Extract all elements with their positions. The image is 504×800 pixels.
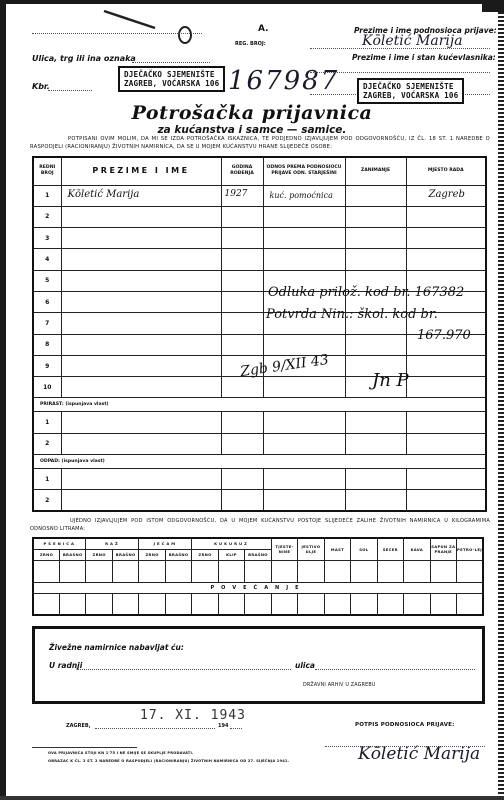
workplace-cell[interactable]: Zagreb <box>406 185 486 206</box>
year-cell[interactable] <box>221 206 263 227</box>
year-field[interactable] <box>230 728 242 729</box>
shop-street-field[interactable] <box>315 669 475 670</box>
stock-cell[interactable] <box>298 593 324 615</box>
relation-cell[interactable] <box>263 249 345 270</box>
annotation-line-2: Potvrda Nin.: škol. kod br. <box>266 307 438 322</box>
row-number: 2 <box>33 433 61 454</box>
sub-brasno: BRAŠNO <box>165 549 191 560</box>
price-note: OVA PRIJAVNICA STOJI KN 1'75 I NE SMIJE … <box>48 751 194 755</box>
prirast-row: 2 <box>33 433 486 454</box>
stock-cell[interactable] <box>139 560 165 582</box>
stock-cell[interactable] <box>86 593 112 615</box>
name-cell[interactable] <box>61 334 221 355</box>
year-cell[interactable] <box>221 270 263 291</box>
year-cell[interactable] <box>221 334 263 355</box>
stock-cell[interactable] <box>351 560 377 582</box>
scan-edge-bottom <box>0 796 504 800</box>
annotation-line-1: Odluka prilož. kod br. 167382 <box>268 285 464 300</box>
table-row: 1 Kōletić Marija 1927 kuć. pomoćnica Zag… <box>33 185 486 206</box>
stock-cell[interactable] <box>351 593 377 615</box>
relation-value: kuć. pomoćnica <box>270 191 333 200</box>
name-cell[interactable] <box>61 469 221 490</box>
stock-cell[interactable] <box>324 560 350 582</box>
col-tjestenine: TJESTE-NINE <box>271 538 297 560</box>
name-cell[interactable] <box>61 412 221 433</box>
occupation-cell[interactable] <box>345 490 406 511</box>
row-number: 10 <box>33 377 61 398</box>
house-number-field[interactable] <box>48 90 92 91</box>
name-cell[interactable] <box>61 228 221 249</box>
name-cell[interactable] <box>61 291 221 312</box>
form-title: Potrošačka prijavnica <box>0 102 504 124</box>
date-field[interactable] <box>95 728 215 729</box>
occupation-cell[interactable] <box>345 469 406 490</box>
relation-cell[interactable] <box>263 490 345 511</box>
odpad-row: 2 <box>33 490 486 511</box>
col-header-occupation: ZANIMANJE <box>345 157 406 185</box>
stock-cell[interactable] <box>404 560 430 582</box>
name-cell[interactable] <box>61 377 221 398</box>
occupation-cell[interactable] <box>345 206 406 227</box>
relation-cell[interactable] <box>263 206 345 227</box>
occupation-cell[interactable] <box>345 433 406 454</box>
prirast-row: 1 <box>33 412 486 433</box>
stock-text: UJEDNO IZJAVLJUJEM POD ISTOM ODGOVORNOŠĆ… <box>30 517 490 533</box>
row-number: 2 <box>33 206 61 227</box>
year-cell[interactable] <box>221 433 263 454</box>
occupation-cell[interactable] <box>345 228 406 249</box>
city-label: ZAGREB, <box>66 723 91 729</box>
row-number: 7 <box>33 313 61 334</box>
supply-box: Živežne namirnice nabavljat ću: U radnji… <box>32 626 485 704</box>
sub-zrno: ZRNO <box>33 549 59 560</box>
year-value: 1927 <box>225 189 248 199</box>
workplace-cell[interactable] <box>406 249 486 270</box>
stock-cell[interactable] <box>430 560 456 582</box>
workplace-cell[interactable] <box>406 490 486 511</box>
stamp-right: DJEČAČKO SJEMENIŠTE ZAGREB, VOĆARSKA 106 <box>357 78 464 104</box>
workplace-cell[interactable] <box>406 355 486 376</box>
name-cell[interactable] <box>61 490 221 511</box>
street-label-supply: ulica <box>295 661 315 670</box>
stock-cell[interactable] <box>271 593 297 615</box>
top-left-line <box>32 33 202 34</box>
increase-values-row <box>33 593 483 615</box>
sub-zrno: ZRNO <box>86 549 112 560</box>
intro-text: POTPISANI OVIM MOLIM, DA MI SE IZDA POTR… <box>30 135 490 151</box>
occupation-cell[interactable] <box>345 412 406 433</box>
year-cell[interactable] <box>221 228 263 249</box>
annotation-line-3: 167.970 <box>417 328 471 343</box>
stock-cell[interactable] <box>218 593 244 615</box>
stock-cell[interactable] <box>271 560 297 582</box>
annotation-initials: Jn P <box>372 370 409 391</box>
col-header-no: REDNI BROJ <box>33 157 61 185</box>
stock-cell[interactable] <box>59 593 85 615</box>
row-number: 4 <box>33 249 61 270</box>
name-cell[interactable] <box>61 313 221 334</box>
stock-cell[interactable] <box>245 593 271 615</box>
workplace-cell[interactable] <box>406 469 486 490</box>
stock-cell[interactable] <box>33 560 59 582</box>
note-divider <box>32 747 137 748</box>
table-row: 10 <box>33 377 486 398</box>
year-cell[interactable] <box>221 490 263 511</box>
year-cell[interactable] <box>221 249 263 270</box>
sub-zrno: ZRNO <box>192 549 218 560</box>
occupation-cell[interactable] <box>345 185 406 206</box>
workplace-cell[interactable] <box>406 412 486 433</box>
stock-cell[interactable] <box>324 593 350 615</box>
name-cell[interactable] <box>61 433 221 454</box>
odpad-row: 1 <box>33 469 486 490</box>
stock-cell[interactable] <box>377 560 403 582</box>
relation-cell[interactable] <box>263 228 345 249</box>
stock-cell[interactable] <box>377 593 403 615</box>
stock-cell[interactable] <box>218 560 244 582</box>
stock-cell[interactable] <box>86 560 112 582</box>
reg-number[interactable]: 167987 <box>228 66 339 96</box>
year-cell[interactable] <box>221 412 263 433</box>
stock-cell[interactable] <box>112 593 138 615</box>
workplace-cell[interactable] <box>406 228 486 249</box>
year-cell[interactable] <box>221 313 263 334</box>
signature-label: POTPIS PODNOSIOCA PRIJAVE: <box>355 722 455 728</box>
row-number: 1 <box>33 185 61 206</box>
stock-cell[interactable] <box>165 560 191 582</box>
stock-cell[interactable] <box>59 560 85 582</box>
row-number: 6 <box>33 291 61 312</box>
name-cell[interactable] <box>61 249 221 270</box>
povecanje-label: POVEĆANJE <box>33 582 483 593</box>
stock-cell[interactable] <box>457 593 484 615</box>
row-number: 8 <box>33 334 61 355</box>
applicant-name[interactable]: Kōletić Marija <box>362 33 463 49</box>
relation-cell[interactable] <box>263 334 345 355</box>
occupation-cell[interactable] <box>345 249 406 270</box>
stock-cell[interactable] <box>404 593 430 615</box>
col-header-year: GODINA ROĐENJA <box>221 157 263 185</box>
sub-zrno: ZRNO <box>139 549 165 560</box>
row-number: 1 <box>33 469 61 490</box>
name-cell[interactable] <box>61 206 221 227</box>
street-field[interactable] <box>132 62 210 63</box>
stock-cell[interactable] <box>139 593 165 615</box>
row-number: 1 <box>33 412 61 433</box>
name-cell[interactable]: Kōletić Marija <box>61 185 221 206</box>
form-letter: A. <box>258 24 269 34</box>
stock-cell[interactable] <box>192 593 218 615</box>
year-cell[interactable]: 1927 <box>221 185 263 206</box>
year-cell[interactable] <box>221 291 263 312</box>
food-stock-table: PŠENICA RAŽ JEČAM KUKURUZ TJESTE-NINE JE… <box>32 537 484 616</box>
name-cell[interactable] <box>61 270 221 291</box>
odpad-header-row: ODPAD: (ispunjava vlast) <box>33 455 486 469</box>
sub-brasno: BRAŠNO <box>112 549 138 560</box>
form-reference-note: OBRAZAC K ČL. 2 ST. 2 NAREDBE O RASPODJE… <box>48 759 289 763</box>
povecanje-row: POVEĆANJE <box>33 582 483 593</box>
stock-cell[interactable] <box>165 593 191 615</box>
relation-cell[interactable]: kuć. pomoćnica <box>263 185 345 206</box>
applicant-line <box>310 48 490 49</box>
group-raz: RAŽ <box>86 538 139 549</box>
stock-cell[interactable] <box>245 560 271 582</box>
stamp-left: DJEČAČKO SJEMENIŠTE ZAGREB, VOĆARSKA 106 <box>118 66 225 92</box>
table-row: 2 <box>33 206 486 227</box>
reg-broj-label: REG. BROJ: <box>235 41 266 47</box>
col-header-relation: ODNOS PREMA PODNOSIOCU PRIJAVE ODN. STAR… <box>263 157 345 185</box>
group-jecam: JEČAM <box>139 538 192 549</box>
stock-cell[interactable] <box>430 593 456 615</box>
householder-line-1 <box>310 72 490 73</box>
shop-field[interactable] <box>77 669 291 670</box>
row-number: 5 <box>33 270 61 291</box>
workplace-cell[interactable] <box>406 433 486 454</box>
relation-cell[interactable] <box>263 412 345 433</box>
street-label: Ulica, trg ili ina oznaka <box>32 54 136 63</box>
workplace-value: Zagreb <box>429 189 465 200</box>
col-header-workplace: MJESTO RADA <box>406 157 486 185</box>
row-number: 2 <box>33 490 61 511</box>
householder-label: Prezime i ime i stan kućevlasnika: <box>352 53 496 62</box>
col-sapun: SAPUN ZA PRANJE <box>430 538 456 560</box>
year-suffix: 194 <box>218 723 228 729</box>
row-number: 3 <box>33 228 61 249</box>
table-row: 4 <box>33 249 486 270</box>
col-sol: SOL <box>351 538 377 560</box>
sub-brasno: BRAŠNO <box>59 549 85 560</box>
workplace-cell[interactable] <box>406 206 486 227</box>
scan-edge-top <box>0 0 504 4</box>
table-header-row: REDNI BROJ PREZIME I IME GODINA ROĐENJA … <box>33 157 486 185</box>
sub-klip: KLIP <box>218 549 244 560</box>
stock-cell[interactable] <box>33 593 59 615</box>
prirast-header-row: PRIRAST: (ispunjava vlast) <box>33 398 486 412</box>
col-kava: KAVA <box>404 538 430 560</box>
prirast-label: PRIRAST: (ispunjava vlast) <box>33 398 486 412</box>
col-header-name: PREZIME I IME <box>61 157 221 185</box>
group-psenica: PŠENICA <box>33 538 86 549</box>
name-cell[interactable] <box>61 355 221 376</box>
name-value: Kōletić Marija <box>68 189 140 200</box>
signature-value[interactable]: Kōletić Marija <box>358 744 480 764</box>
table-row: 3 <box>33 228 486 249</box>
col-secer: ŠEĆER <box>377 538 403 560</box>
col-petrolej: PETRO-LEJ <box>457 538 484 560</box>
stock-cell[interactable] <box>457 560 484 582</box>
date-stamp: 17. XI. 1943 <box>140 708 246 723</box>
stock-group-row: PŠENICA RAŽ JEČAM KUKURUZ TJESTE-NINE JE… <box>33 538 483 549</box>
relation-cell[interactable] <box>263 469 345 490</box>
group-kukuruz: KUKURUZ <box>192 538 271 549</box>
paperclip-icon <box>100 8 200 48</box>
sub-brasno: BRAŠNO <box>245 549 271 560</box>
stock-cell[interactable] <box>112 560 138 582</box>
scan-corner <box>482 0 504 12</box>
odpad-label: ODPAD: (ispunjava vlast) <box>33 455 486 469</box>
row-number: 9 <box>33 355 61 376</box>
stock-cell[interactable] <box>192 560 218 582</box>
relation-cell[interactable] <box>263 433 345 454</box>
col-jestivo-ulje: JESTIVO ULJE <box>298 538 324 560</box>
stock-values-row <box>33 560 483 582</box>
occupation-cell[interactable] <box>345 334 406 355</box>
stock-cell[interactable] <box>298 560 324 582</box>
year-cell[interactable] <box>221 469 263 490</box>
relation-cell[interactable] <box>263 377 345 398</box>
archive-stamp: DRŽAVNI ARHIV U ZAGREBU <box>303 683 376 688</box>
workplace-cell[interactable] <box>406 377 486 398</box>
col-mast: MAST <box>324 538 350 560</box>
supply-label: Živežne namirnice nabavljat ću: <box>49 643 184 652</box>
